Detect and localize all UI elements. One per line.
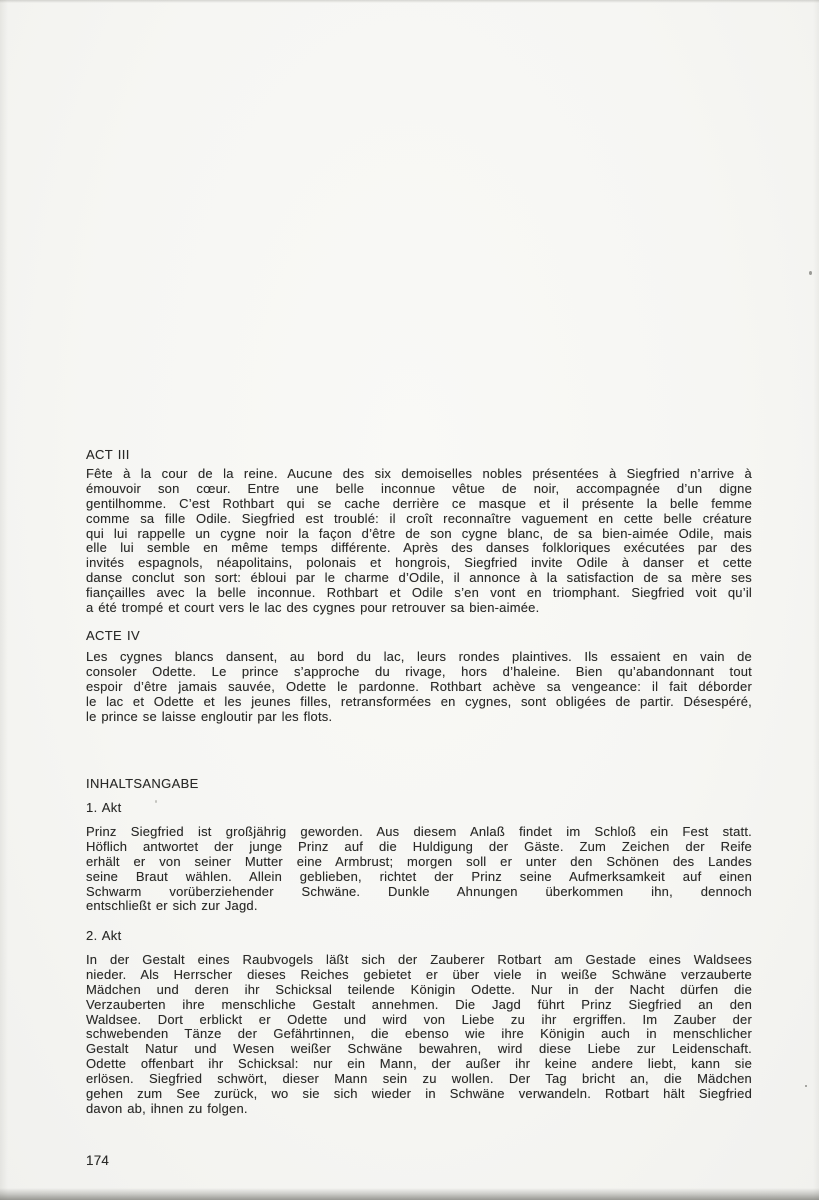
- text-line: Prinz Siegfried ist großjährig geworden.…: [86, 825, 752, 840]
- text-line: gehen zum See zurück, wo sie sich wieder…: [86, 1087, 752, 1102]
- text-line: schwebenden Tänze der Gefährtinnen, die …: [86, 1027, 752, 1042]
- text-line: Schwarm vorüberziehender Schwäne. Dunkle…: [86, 885, 752, 900]
- text-line: le lac et Odette et les jeunes filles, r…: [86, 695, 752, 710]
- scanned-book-page: ACT III Fête à la cour de la reine. Aucu…: [0, 0, 819, 1200]
- text-line: Fête à la cour de la reine. Aucune des s…: [86, 467, 752, 482]
- text-line: fiançailles avec la belle inconnue. Roth…: [86, 586, 752, 601]
- paragraph-act-iii: Fête à la cour de la reine. Aucune des s…: [86, 467, 752, 616]
- paragraph-akt-1: Prinz Siegfried ist großjährig geworden.…: [86, 825, 752, 914]
- text-line: erlösen. Siegfried schwört, dieser Mann …: [86, 1072, 752, 1087]
- scan-speck: [805, 1085, 807, 1087]
- section-heading-act-iii: ACT III: [86, 447, 752, 462]
- text-line: nieder. Als Herrscher dieses Reiches geb…: [86, 968, 752, 983]
- text-line: comme sa fille Odile. Siegfried est trou…: [86, 512, 752, 527]
- text-line: Odette offenbart ihr Schicksal: nur ein …: [86, 1057, 752, 1072]
- section-heading-acte-iv: ACTE IV: [86, 628, 752, 643]
- text-line: espoir d’être jamais sauvée, Odette le p…: [86, 680, 752, 695]
- text-line: gentilhomme. C’est Rothbart qui se cache…: [86, 497, 752, 512]
- text-line: Les cygnes blancs dansent, au bord du la…: [86, 650, 752, 665]
- text-line: consoler Odette. Le prince s’approche du…: [86, 665, 752, 680]
- section-heading-akt-1: 1. Akt: [86, 800, 752, 815]
- text-line: elle lui semble en même temps différente…: [86, 541, 752, 556]
- section-heading-inhaltsangabe: INHALTSANGABE: [86, 776, 752, 791]
- text-line: seine Braut wählen. Allein geblieben, ri…: [86, 870, 752, 885]
- text-line: Gestalt Natur und Wesen weißer Schwäne b…: [86, 1042, 752, 1057]
- section-heading-akt-2: 2. Akt: [86, 928, 752, 943]
- text-line: erhält er von seiner Mutter eine Armbrus…: [86, 855, 752, 870]
- text-line: Waldsee. Dort erblickt er Odette und wir…: [86, 1013, 752, 1028]
- paragraph-acte-iv: Les cygnes blancs dansent, au bord du la…: [86, 650, 752, 724]
- text-line: a été trompé et court vers le lac des cy…: [86, 601, 752, 616]
- text-line: émouvoir son cœur. Entre une belle incon…: [86, 482, 752, 497]
- text-line: invités espagnols, néapolitains, polonai…: [86, 556, 752, 571]
- text-line: entschließt er sich zur Jagd.: [86, 899, 752, 914]
- text-line: In der Gestalt eines Raubvogels läßt sic…: [86, 953, 752, 968]
- scan-speck: [155, 800, 157, 803]
- paragraph-akt-2: In der Gestalt eines Raubvogels läßt sic…: [86, 953, 752, 1117]
- text-line: le prince se laisse engloutir par les fl…: [86, 710, 752, 725]
- text-line: Höflich antwortet der junge Prinz auf di…: [86, 840, 752, 855]
- text-line: Mädchen und deren ihr Schicksal teilende…: [86, 983, 752, 998]
- text-line: davon ab, ihnen zu folgen.: [86, 1102, 752, 1117]
- page-number: 174: [86, 1153, 752, 1168]
- text-line: Verzauberten ihre menschliche Gestalt an…: [86, 998, 752, 1013]
- text-line: danse conclut son sort: ébloui par le ch…: [86, 571, 752, 586]
- scan-speck: [809, 271, 812, 275]
- text-line: qui lui rappelle un cygne noir la façon …: [86, 527, 752, 542]
